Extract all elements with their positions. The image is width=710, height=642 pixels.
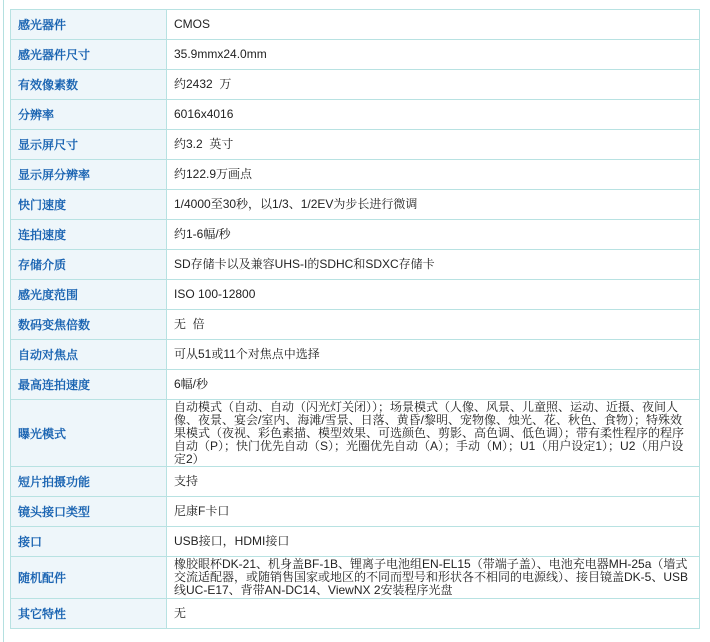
spec-label: 最高连拍速度	[11, 370, 167, 400]
spec-row-shutter-speed: 快门速度 1/4000至30秒，以1/3、1/2EV为步长进行微调	[11, 190, 700, 220]
spec-value: 支持	[167, 467, 700, 497]
spec-label: 接口	[11, 527, 167, 557]
spec-row-other-features: 其它特性 无	[11, 599, 700, 629]
spec-row-storage: 存储介质 SD存储卡以及兼容UHS-I的SDHC和SDXC存储卡	[11, 250, 700, 280]
spec-label: 感光器件	[11, 10, 167, 40]
spec-row-exposure-modes: 曝光模式 自动模式（自动、自动（闪光灯关闭））；场景模式（人像、风景、儿童照、运…	[11, 400, 700, 467]
spec-value: USB接口，HDMI接口	[167, 527, 700, 557]
spec-row-effective-pixels: 有效像素数 约2432 万	[11, 70, 700, 100]
spec-value: 6幅/秒	[167, 370, 700, 400]
spec-label: 随机配件	[11, 557, 167, 599]
spec-label: 自动对焦点	[11, 340, 167, 370]
spec-row-burst-speed: 连拍速度 约1-6幅/秒	[11, 220, 700, 250]
spec-row-sensor-size: 感光器件尺寸 35.9mmx24.0mm	[11, 40, 700, 70]
spec-value: 橡胶眼杯DK-21、机身盖BF-1B、锂离子电池组EN-EL15（带端子盖）、电…	[167, 557, 700, 599]
spec-row-screen-resolution: 显示屏分辨率 约122.9万画点	[11, 160, 700, 190]
spec-table: 感光器件 CMOS 感光器件尺寸 35.9mmx24.0mm 有效像素数 约24…	[10, 9, 700, 629]
spec-value: 约1-6幅/秒	[167, 220, 700, 250]
spec-value: 可从51或11个对焦点中选择	[167, 340, 700, 370]
spec-row-screen-size: 显示屏尺寸 约3.2 英寸	[11, 130, 700, 160]
spec-row-video: 短片拍摄功能 支持	[11, 467, 700, 497]
spec-value: 无 倍	[167, 310, 700, 340]
spec-row-max-burst: 最高连拍速度 6幅/秒	[11, 370, 700, 400]
spec-value: 约2432 万	[167, 70, 700, 100]
spec-label: 快门速度	[11, 190, 167, 220]
page-left-border	[3, 0, 4, 642]
spec-value: 无	[167, 599, 700, 629]
spec-label: 连拍速度	[11, 220, 167, 250]
spec-label: 感光度范围	[11, 280, 167, 310]
spec-row-lens-mount: 镜头接口类型 尼康F卡口	[11, 497, 700, 527]
spec-value: CMOS	[167, 10, 700, 40]
spec-value: 约3.2 英寸	[167, 130, 700, 160]
spec-row-accessories: 随机配件 橡胶眼杯DK-21、机身盖BF-1B、锂离子电池组EN-EL15（带端…	[11, 557, 700, 599]
spec-row-resolution: 分辨率 6016x4016	[11, 100, 700, 130]
spec-label: 其它特性	[11, 599, 167, 629]
spec-label: 存储介质	[11, 250, 167, 280]
spec-label: 数码变焦倍数	[11, 310, 167, 340]
spec-value: 6016x4016	[167, 100, 700, 130]
spec-value: ISO 100-12800	[167, 280, 700, 310]
spec-value: SD存储卡以及兼容UHS-I的SDHC和SDXC存储卡	[167, 250, 700, 280]
spec-label: 镜头接口类型	[11, 497, 167, 527]
spec-label: 分辨率	[11, 100, 167, 130]
spec-row-af-points: 自动对焦点 可从51或11个对焦点中选择	[11, 340, 700, 370]
spec-row-interfaces: 接口 USB接口，HDMI接口	[11, 527, 700, 557]
spec-label: 有效像素数	[11, 70, 167, 100]
spec-value: 1/4000至30秒，以1/3、1/2EV为步长进行微调	[167, 190, 700, 220]
spec-label: 曝光模式	[11, 400, 167, 467]
spec-row-iso-range: 感光度范围 ISO 100-12800	[11, 280, 700, 310]
spec-label: 短片拍摄功能	[11, 467, 167, 497]
spec-row-digital-zoom: 数码变焦倍数 无 倍	[11, 310, 700, 340]
spec-label: 显示屏分辨率	[11, 160, 167, 190]
spec-value: 约122.9万画点	[167, 160, 700, 190]
spec-value: 尼康F卡口	[167, 497, 700, 527]
spec-row-sensor: 感光器件 CMOS	[11, 10, 700, 40]
spec-value: 35.9mmx24.0mm	[167, 40, 700, 70]
spec-value: 自动模式（自动、自动（闪光灯关闭））；场景模式（人像、风景、儿童照、运动、近摄、…	[167, 400, 700, 467]
spec-label: 感光器件尺寸	[11, 40, 167, 70]
spec-label: 显示屏尺寸	[11, 130, 167, 160]
